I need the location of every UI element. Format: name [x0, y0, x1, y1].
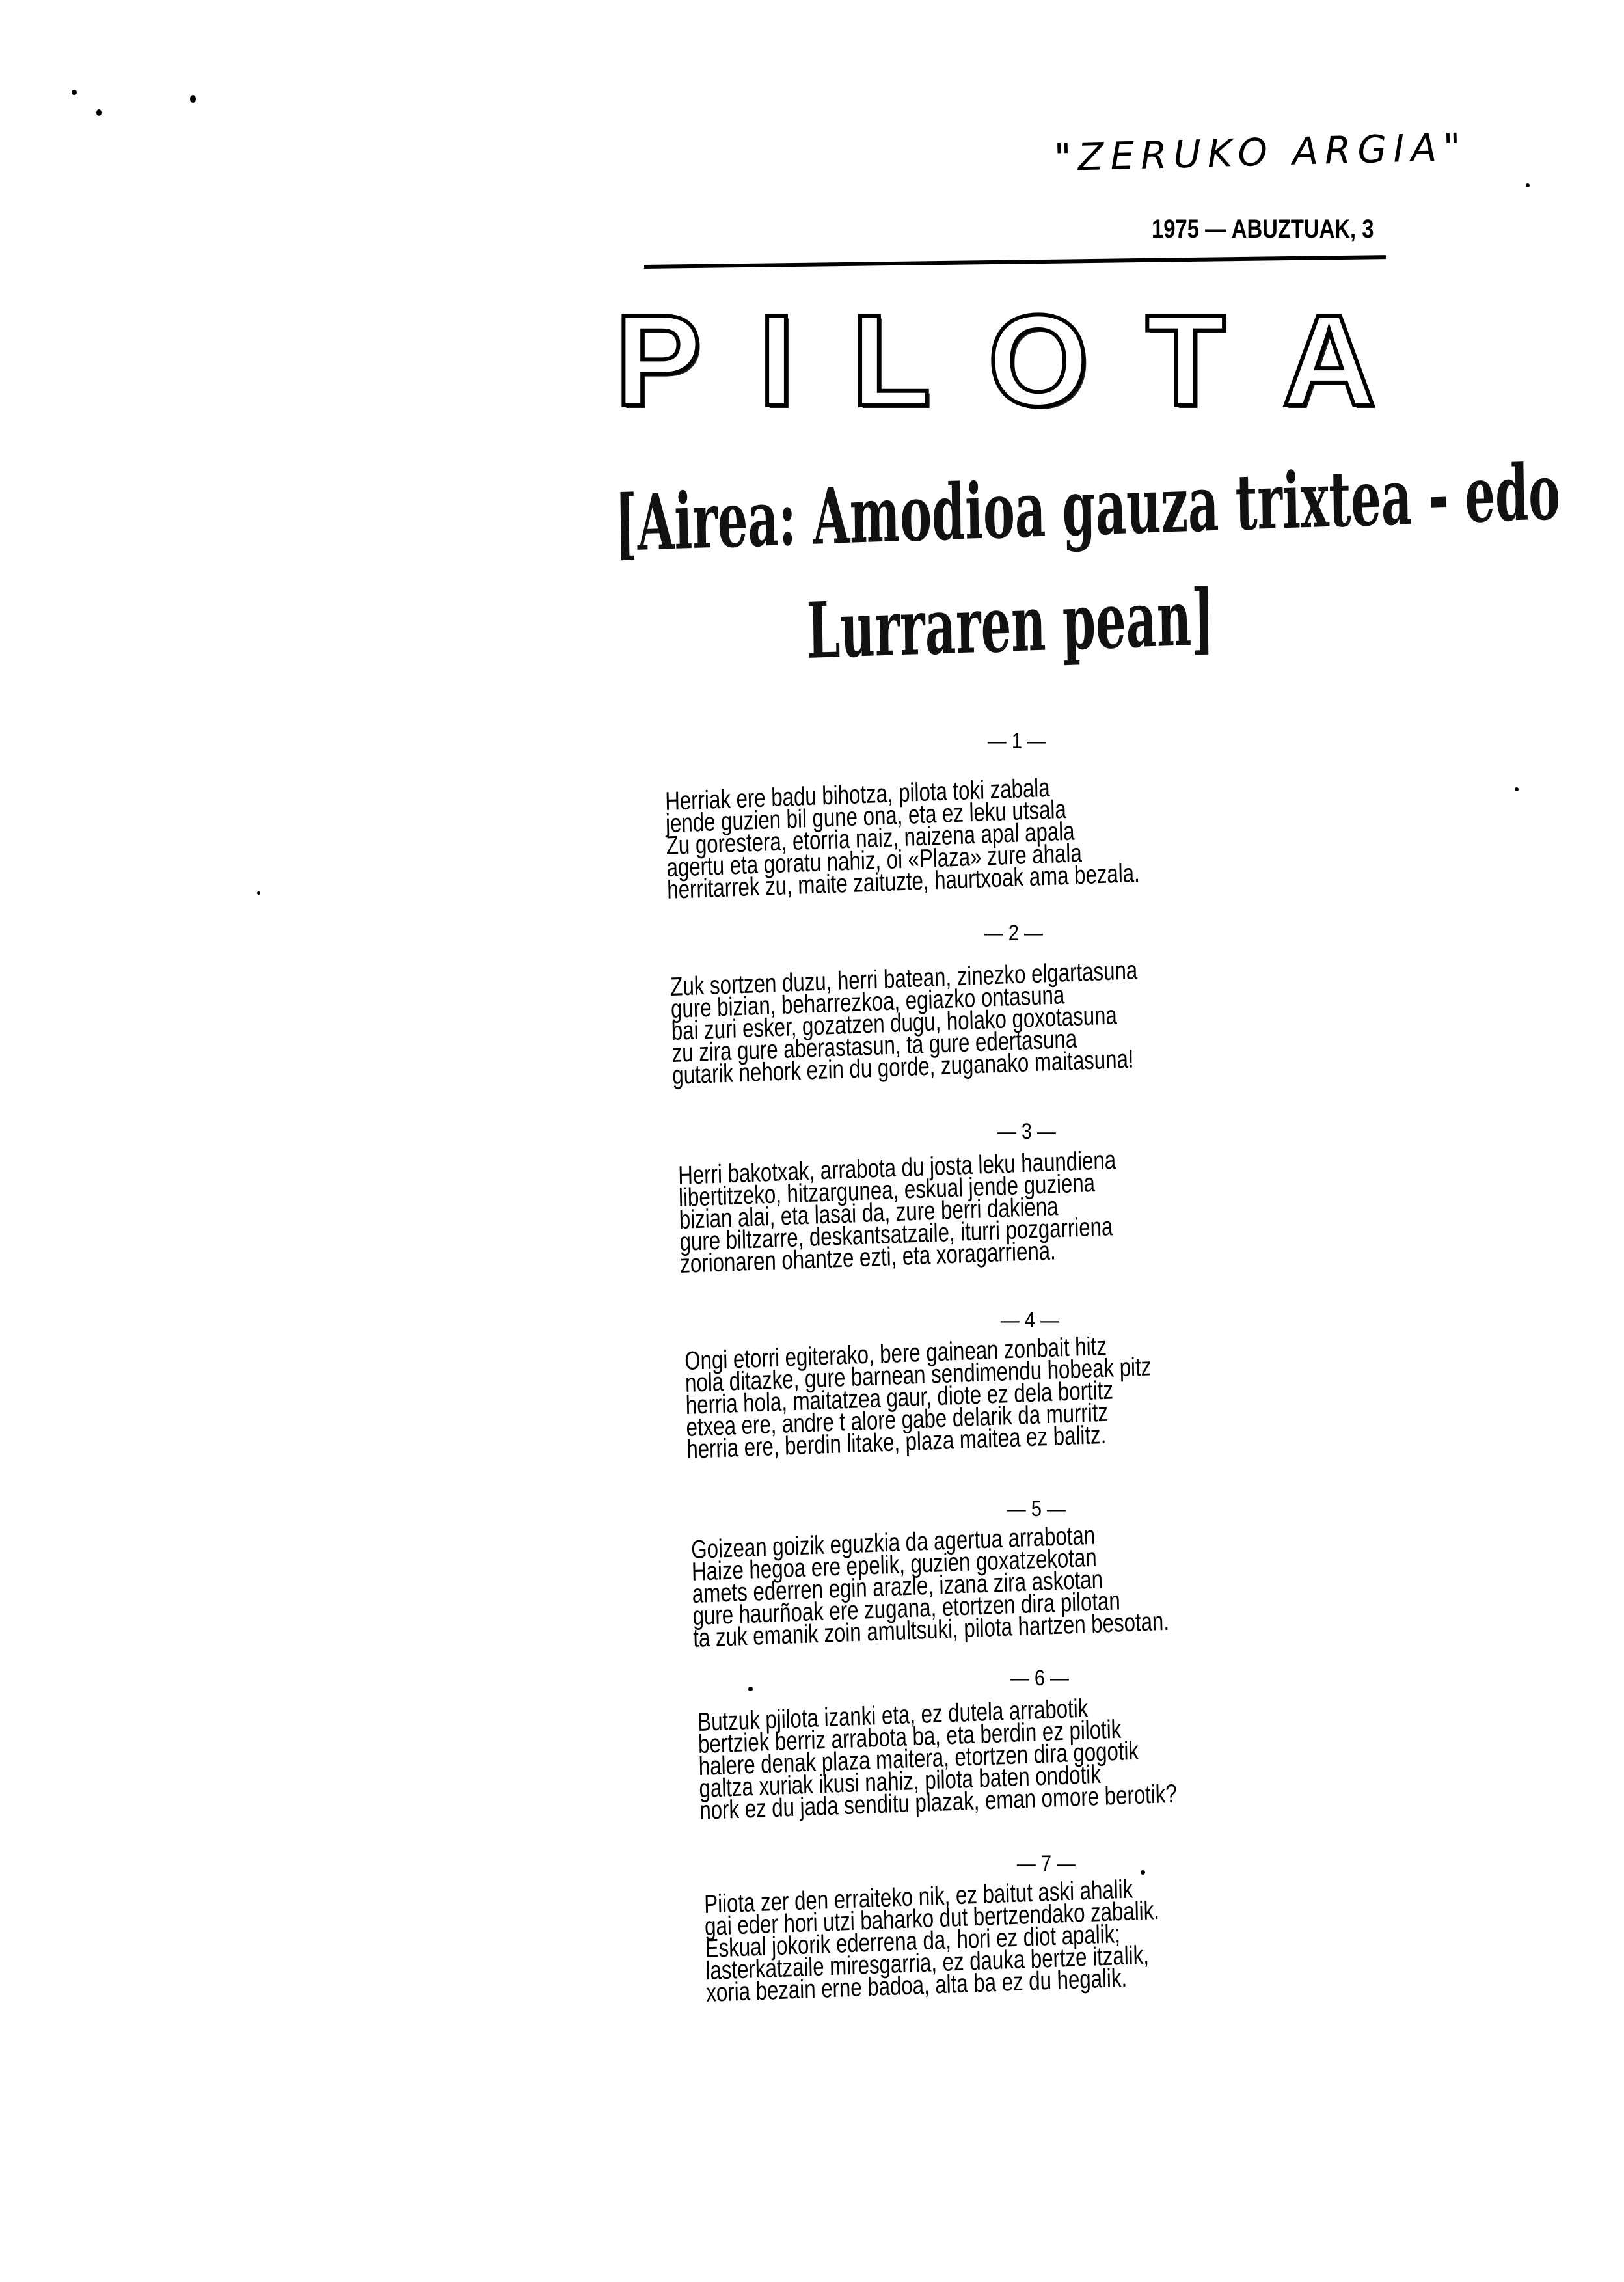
stanza-text: Piiota zer den erraiteko nik, ez baitut …	[704, 1877, 1161, 2004]
header-rule	[644, 255, 1386, 269]
masthead-letter: P	[615, 303, 701, 420]
scan-speck	[190, 95, 196, 103]
stanza-text: Herri bakotxak, arrabota du josta leku h…	[678, 1149, 1118, 1275]
stanza-number: — 4 —	[1001, 1308, 1059, 1333]
scan-speck	[1526, 183, 1530, 187]
stanza-text: Butzuk pjilota izanki eta, ez dutela arr…	[697, 1694, 1177, 1822]
stanza-text: Ongi etorri egiterako, bere gainean zonb…	[684, 1333, 1153, 1461]
dateline: 1975 — ABUZTUAK, 3	[1152, 215, 1374, 244]
stanza-text: Zuk sortzen duzu, herri batean, zinezko …	[670, 959, 1139, 1087]
stanza-number: — 3 —	[997, 1119, 1056, 1145]
scan-speck	[72, 90, 77, 95]
scan-speck	[96, 109, 101, 116]
scan-speck	[1515, 787, 1519, 791]
stanza-number: — 1 —	[988, 729, 1046, 754]
stanza-text: Goizean goizik eguzkia da agertua arrabo…	[691, 1522, 1169, 1650]
stanza-text: Herriak ere badu bihotza, pilota toki za…	[665, 774, 1140, 901]
stanza-number: — 5 —	[1007, 1497, 1066, 1522]
stanza-number: — 7 —	[1017, 1851, 1076, 1877]
subtitle-line-2: Lurraren pean]	[806, 572, 1214, 676]
publication-name-handwritten: "ZERUKO ARGIA"	[1053, 125, 1467, 180]
masthead-letter: I	[759, 303, 795, 420]
stanza-number: — 6 —	[1010, 1666, 1069, 1691]
masthead-letter: T	[1146, 303, 1225, 420]
scan-speck	[257, 891, 260, 895]
masthead-letter: A	[1282, 303, 1376, 420]
masthead-letter: O	[988, 303, 1089, 420]
scan-speck	[1141, 1870, 1145, 1875]
scan-speck	[748, 1687, 753, 1691]
masthead-title: P I L O T A	[615, 296, 1376, 420]
masthead-letter: L	[852, 303, 931, 420]
stanza-number: — 2 —	[984, 921, 1043, 946]
subtitle-line-1: [Airea: Amodioa gauza trixtea - edo	[614, 446, 1561, 569]
